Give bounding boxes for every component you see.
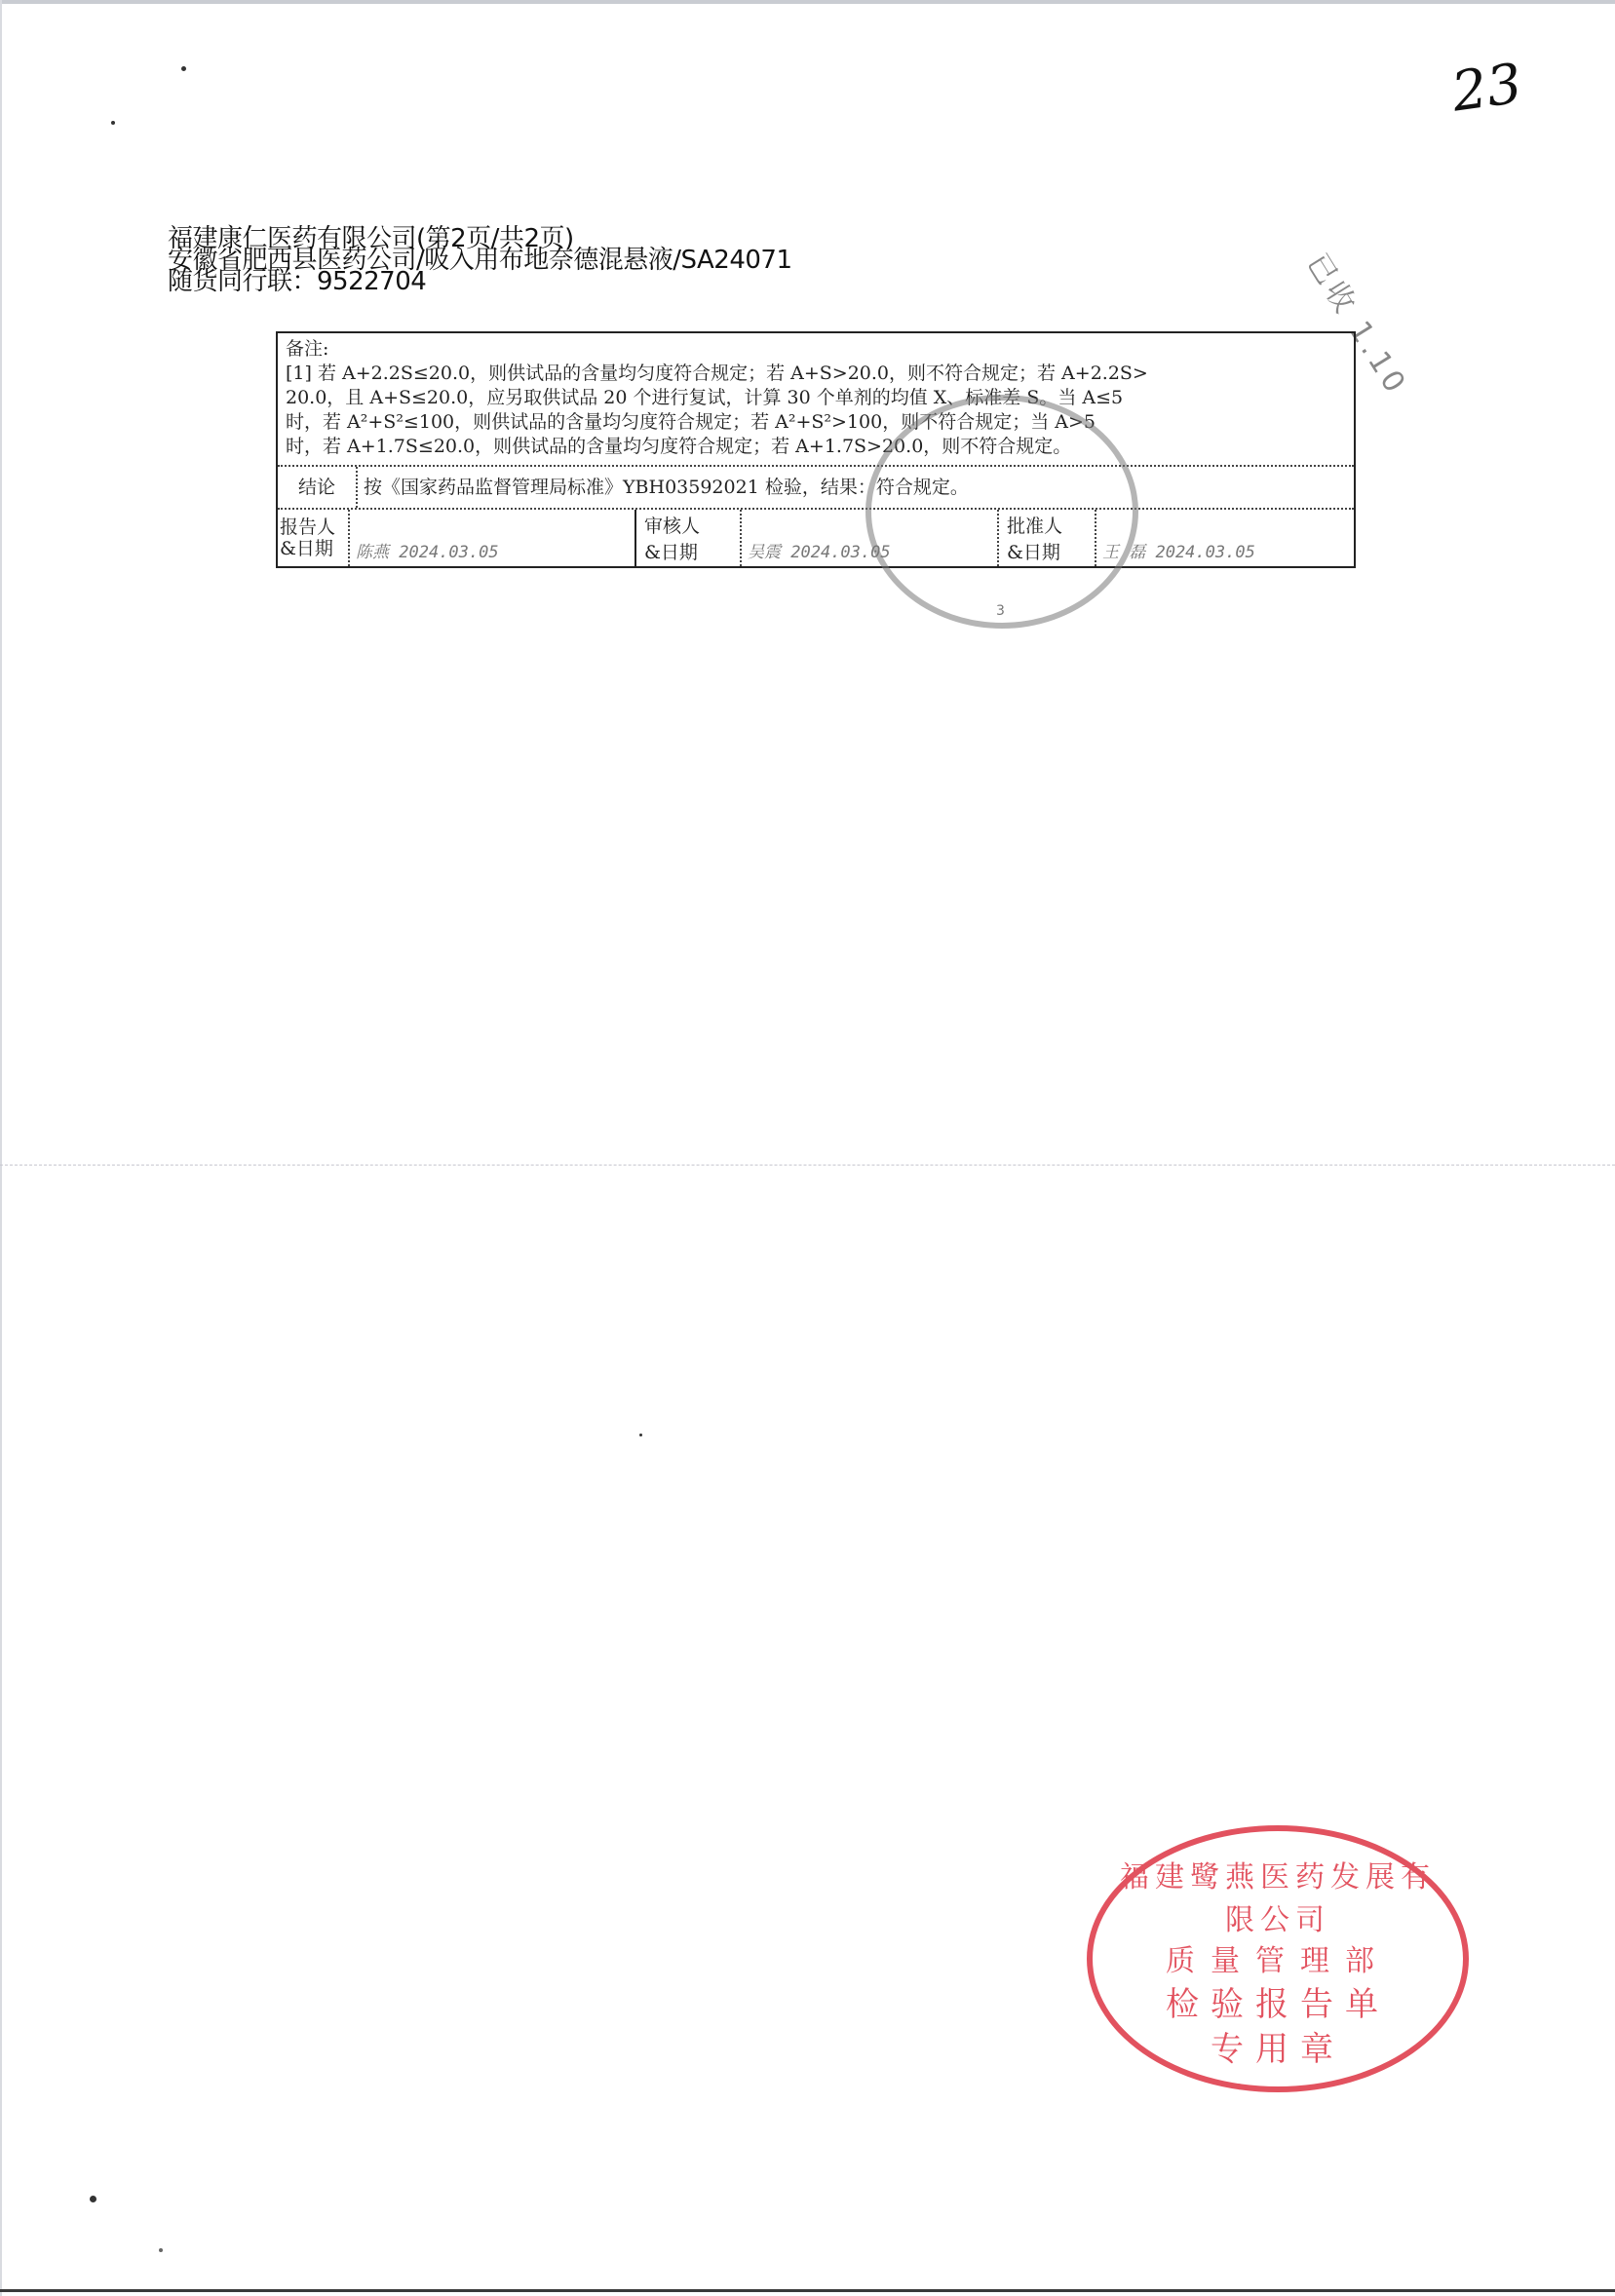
scan-speck: [159, 2248, 163, 2252]
handwritten-page-number: 23: [1448, 52, 1526, 124]
reporter-signature: 陈燕 2024.03.05: [350, 510, 636, 566]
notes-section: 备注: [1] 若 A+2.2S≤20.0，则供试品的含量均匀度符合规定；若 A…: [278, 333, 1354, 467]
scan-top-edge: [0, 0, 1615, 4]
scan-speck: [111, 121, 115, 125]
scan-speck: [90, 2196, 96, 2202]
scan-speck: [181, 66, 186, 71]
notes-line: 时，若 A+1.7S≤20.0，则供试品的含量均匀度符合规定；若 A+1.7S>…: [286, 435, 1346, 459]
stamp-department: 质量管理部: [1093, 1936, 1463, 1979]
stamp-number: 3: [996, 603, 1005, 619]
notes-label: 备注:: [286, 337, 1346, 362]
scan-speck: [639, 1434, 642, 1436]
scan-bottom-edge: [0, 2289, 1615, 2292]
conclusion-label: 结论: [278, 467, 358, 508]
conclusion-text: 按《国家药品监督管理局标准》YBH03592021 检验，结果：符合规定。: [358, 467, 975, 508]
stamp-title: 检验报告单: [1093, 1977, 1463, 2025]
red-company-stamp: 福建鹭燕医药发展有限公司 质量管理部 检验报告单 专用章: [1087, 1825, 1469, 2092]
conclusion-row: 结论 按《国家药品监督管理局标准》YBH03592021 检验，结果：符合规定。: [278, 467, 1354, 510]
scan-left-edge: [0, 0, 2, 2296]
approver-label: 批准人 &日期: [997, 510, 1096, 566]
paper-fold-line: [0, 1165, 1615, 1167]
notes-line: 时，若 A²+S²≤100，则供试品的含量均匀度符合规定；若 A²+S²>100…: [286, 410, 1346, 435]
reporter-label: 报告人 &日期: [278, 510, 350, 566]
reviewer-signature: 吴震 2024.03.05: [742, 510, 997, 566]
inspection-report-table: 备注: [1] 若 A+2.2S≤20.0，则供试品的含量均匀度符合规定；若 A…: [276, 331, 1356, 568]
notes-line: [1] 若 A+2.2S≤20.0，则供试品的含量均匀度符合规定；若 A+S>2…: [286, 362, 1346, 386]
notes-line: 20.0，且 A+S≤20.0，应另取供试品 20 个进行复试，计算 30 个单…: [286, 386, 1346, 410]
stamp-seal-label: 专用章: [1093, 2022, 1463, 2070]
reviewer-label: 审核人 &日期: [636, 510, 742, 566]
document-header: 福建康仁医药有限公司(第2页/共2页) 安徽省肥西县医药公司/吸入用布地奈德混悬…: [168, 228, 792, 292]
approver-signature: 王 磊 2024.03.05: [1096, 510, 1354, 566]
stamp-company-name: 福建鹭燕医药发展有限公司: [1112, 1853, 1443, 1938]
signature-row: 报告人 &日期 陈燕 2024.03.05 审核人 &日期 吴震 2024.03…: [278, 510, 1354, 566]
